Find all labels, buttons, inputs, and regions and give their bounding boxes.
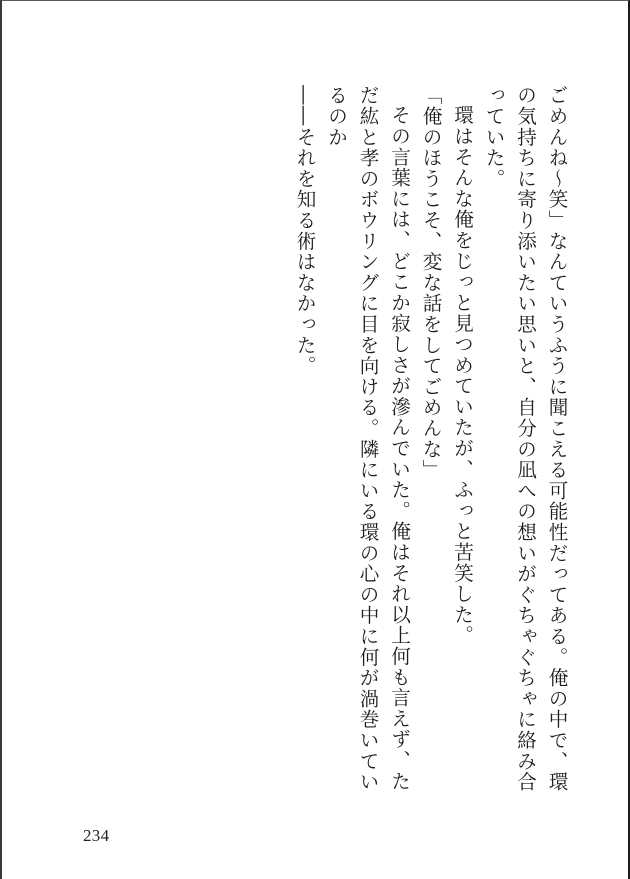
vertical-body-text: ごめんね〜笑」なんていうふうに聞こえる可能性だってある。俺の中で、環の気持ちに寄… (289, 85, 573, 805)
paragraph-4: その言葉には、どこか寂しさが滲んでいた。俺はそれ以上何も言えず、ただ紘と孝のボウ… (320, 85, 415, 805)
paragraph-1: ごめんね〜笑」なんていうふうに聞こえる可能性だってある。俺の中で、環の気持ちに寄… (478, 85, 573, 805)
page-number: 234 (83, 826, 109, 846)
paragraph-2: 環はそんな俺をじっと見つめていたが、ふっと苦笑した。 (446, 85, 478, 805)
paragraph-5: ――それを知る術はなかった。 (289, 85, 321, 805)
paragraph-3-dialogue: 「俺のほうこそ、変な話をしてごめんな」 (415, 85, 447, 805)
book-page: ごめんね〜笑」なんていうふうに聞こえる可能性だってある。俺の中で、環の気持ちに寄… (0, 0, 630, 879)
